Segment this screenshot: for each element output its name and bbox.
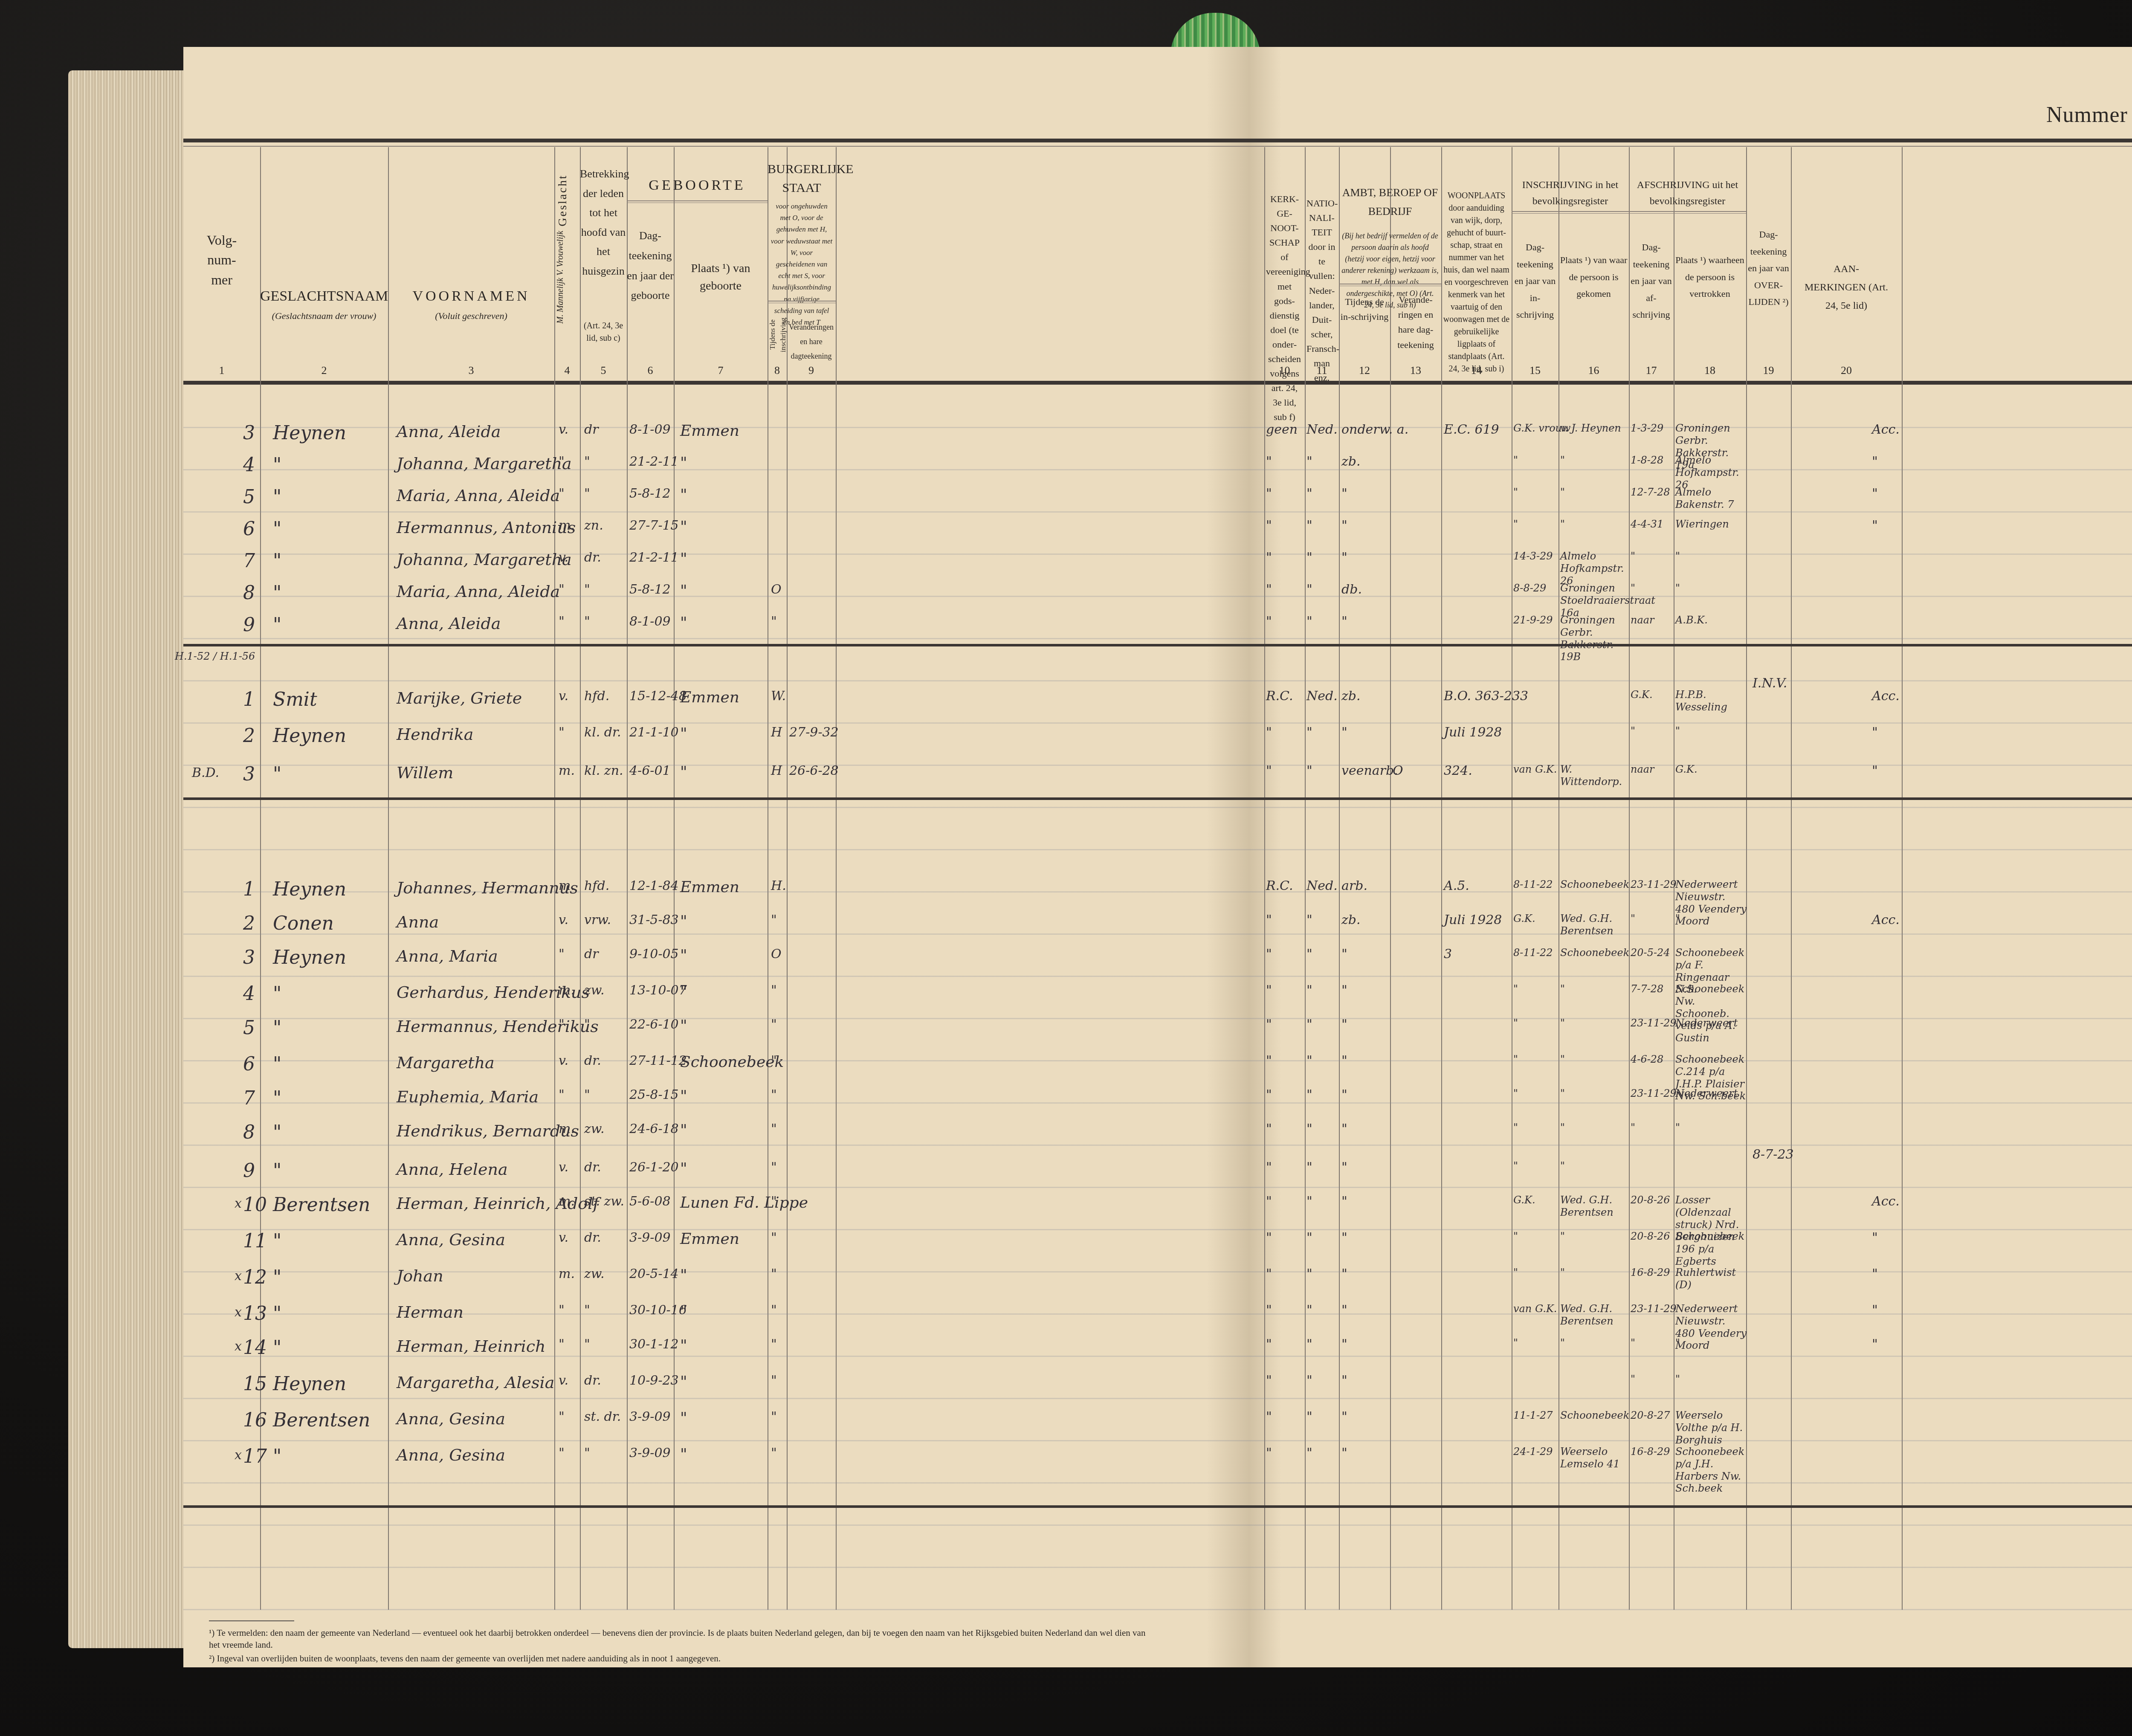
religion: " bbox=[1266, 1446, 1272, 1461]
header-bottom-rule bbox=[1249, 381, 2132, 385]
civil-status: " bbox=[771, 1053, 777, 1068]
column-number: 18 bbox=[1674, 362, 1746, 379]
religion: " bbox=[1266, 1160, 1272, 1175]
given-names: Anna, Maria bbox=[397, 947, 498, 965]
birth-date: 21-1-10 bbox=[629, 725, 679, 740]
surname: " bbox=[273, 550, 281, 572]
column-number: 3 bbox=[388, 362, 554, 379]
given-names: Anna, Gesina bbox=[397, 1409, 505, 1428]
religion: " bbox=[1266, 1303, 1272, 1318]
nationality: " bbox=[1306, 1230, 1312, 1245]
column-number: 15 bbox=[1512, 362, 1558, 379]
surname: " bbox=[273, 486, 281, 508]
header-burgerlijke-staat-group: BURGERLIJKE STAAT bbox=[768, 160, 836, 197]
sex: " bbox=[559, 582, 565, 597]
deregistration-destination: Nederweert bbox=[1675, 1087, 1748, 1100]
birth-place: " bbox=[680, 1373, 687, 1391]
religion: " bbox=[1266, 1373, 1272, 1388]
deregistration-destination: Almelo Bakenstr. 7 bbox=[1675, 486, 1748, 511]
given-names: Johanna, Margaretha bbox=[397, 454, 572, 473]
nationality: " bbox=[1306, 947, 1312, 962]
deregistration-date: " bbox=[1631, 913, 1635, 925]
household-margin-note: H.1-52 / H.1-56 bbox=[175, 650, 255, 662]
deregistration-date: 1-8-28 bbox=[1631, 454, 1663, 466]
deregistration-date: naar bbox=[1631, 763, 1654, 775]
deregistration-date: 7-7-28 bbox=[1631, 983, 1663, 995]
header-staat-tijdens: Tijdens de inschrijving bbox=[768, 309, 787, 360]
birth-date: 8-1-09 bbox=[629, 614, 671, 629]
header-afschrijving-group: AFSCHRIJVING uit het bevolkingsregister bbox=[1629, 177, 1746, 210]
column-number: 4 bbox=[554, 362, 580, 379]
nationality: " bbox=[1306, 582, 1312, 597]
row-number: 7 bbox=[243, 1087, 255, 1109]
group-rule bbox=[1629, 211, 1746, 214]
sex: v. bbox=[559, 1053, 568, 1068]
deregistration-destination: Schoonebeek Nw. Schooneb. velds p/a A. G… bbox=[1675, 983, 1748, 1044]
occupation: db. bbox=[1341, 582, 1362, 597]
occupation: veenarb. bbox=[1341, 763, 1398, 778]
sex: " bbox=[559, 1087, 565, 1102]
registration-date: " bbox=[1513, 1053, 1518, 1065]
registration-date: 11-1-27 bbox=[1513, 1409, 1553, 1421]
occupation: " bbox=[1341, 550, 1347, 565]
relation-to-head: zw. bbox=[584, 1122, 604, 1136]
row-number: 9 bbox=[243, 1160, 255, 1182]
deregistration-destination: " bbox=[1675, 725, 1748, 737]
sex: v. bbox=[559, 550, 568, 565]
remarks: " bbox=[1872, 763, 1878, 778]
registration-origin: Groningen Gerbr. Bakkerstr. 19B bbox=[1560, 614, 1628, 663]
row-margin-note: x bbox=[235, 1305, 242, 1320]
nationality: " bbox=[1306, 1303, 1312, 1318]
given-names: Anna, Helena bbox=[397, 1160, 508, 1179]
surname: " bbox=[273, 1017, 281, 1039]
left-page: Volg- num- merGESLACHTSNAAM(Geslachtsnaa… bbox=[183, 47, 1249, 1667]
relation-to-head: dr bbox=[584, 422, 599, 437]
civil-status: O bbox=[771, 947, 782, 962]
remarks: " bbox=[1872, 725, 1878, 740]
remarks: " bbox=[1872, 486, 1878, 501]
deregistration-destination: " bbox=[1675, 913, 1748, 925]
religion: " bbox=[1266, 1409, 1272, 1424]
sex: v. bbox=[559, 1160, 568, 1175]
surname: Smit bbox=[273, 689, 317, 710]
header-geslachtsnaam-note: (Geslachtsnaam der vrouw) bbox=[260, 309, 388, 323]
column-number: 20 bbox=[1791, 362, 1902, 379]
surname: " bbox=[273, 983, 281, 1005]
occupation: " bbox=[1341, 1303, 1347, 1318]
birth-place: " bbox=[680, 1409, 687, 1427]
occupation: " bbox=[1341, 1337, 1347, 1352]
header-voornamen: VOORNAMEN bbox=[388, 286, 554, 307]
relation-to-head: " bbox=[584, 454, 590, 469]
civil-status: " bbox=[771, 913, 777, 927]
registration-date: " bbox=[1513, 1230, 1518, 1242]
footnote-1: ¹) Te vermelden: den naam der gemeente v… bbox=[209, 1627, 1147, 1651]
footnote-rule bbox=[209, 1620, 294, 1621]
surname: " bbox=[273, 1053, 281, 1075]
given-names: Hermannus, Antonius bbox=[397, 518, 576, 537]
nationality: " bbox=[1306, 983, 1312, 998]
birth-place: " bbox=[680, 582, 687, 600]
header-bottom-rule bbox=[183, 381, 1249, 385]
given-names: Hermannus, Henderikus bbox=[397, 1017, 599, 1036]
registration-origin: v. J. Heynen bbox=[1560, 422, 1628, 435]
religion: " bbox=[1266, 1053, 1272, 1068]
registration-origin: Schoonebeek bbox=[1560, 947, 1628, 959]
row-number: 17 bbox=[243, 1446, 267, 1467]
deregistration-destination: Nederweert bbox=[1675, 1017, 1748, 1029]
given-names: Anna, Aleida bbox=[397, 422, 501, 441]
deregistration-destination: A.B.K. bbox=[1675, 614, 1748, 626]
civil-status: " bbox=[771, 1230, 777, 1245]
row-number: 1 bbox=[243, 689, 255, 710]
nationality: " bbox=[1306, 1446, 1312, 1461]
sex: " bbox=[559, 454, 565, 469]
remarks: Acc. bbox=[1872, 913, 1900, 927]
deregistration-date: " bbox=[1631, 725, 1635, 737]
surname: " bbox=[273, 614, 281, 636]
given-names: Johan bbox=[397, 1266, 443, 1285]
surname: " bbox=[273, 1303, 281, 1324]
civil-status: H bbox=[771, 763, 782, 778]
deregistration-date: 20-8-26 bbox=[1631, 1230, 1670, 1242]
civil-status: " bbox=[771, 1266, 777, 1281]
group-rule bbox=[1339, 284, 1441, 286]
residence: 3 bbox=[1444, 947, 1452, 962]
header-afschrijving-plaats: Plaats ¹) waarheen de persoon is vertrok… bbox=[1674, 252, 1746, 302]
residence: E.C. 619 bbox=[1444, 422, 1499, 437]
given-names: Euphemia, Maria bbox=[397, 1087, 539, 1106]
sex: m. bbox=[559, 983, 575, 998]
registration-date: " bbox=[1513, 983, 1518, 995]
relation-to-head: " bbox=[584, 1017, 590, 1032]
birth-place: " bbox=[680, 486, 687, 504]
column-number: 14 bbox=[1441, 362, 1512, 379]
registration-origin: Almelo Hofkampstr. 26 bbox=[1560, 550, 1628, 587]
column-number: 17 bbox=[1629, 362, 1674, 379]
surname: " bbox=[273, 763, 281, 785]
relation-to-head: " bbox=[584, 1446, 590, 1461]
birth-place: " bbox=[680, 1303, 687, 1320]
occupation: " bbox=[1341, 1160, 1347, 1175]
nationality: " bbox=[1306, 1337, 1312, 1352]
birth-date: 13-10-07 bbox=[629, 983, 687, 998]
religion: " bbox=[1266, 1017, 1272, 1032]
surname: Heynen bbox=[273, 1373, 346, 1395]
birth-date: 5-8-12 bbox=[629, 486, 671, 501]
row-number: 13 bbox=[243, 1303, 267, 1324]
birth-place: " bbox=[680, 614, 687, 632]
group-rule bbox=[768, 301, 836, 303]
deregistration-date: naar bbox=[1631, 614, 1654, 626]
registration-date: 24-1-29 bbox=[1513, 1446, 1553, 1458]
birth-date: 4-6-01 bbox=[629, 763, 671, 778]
given-names: Maria, Anna, Aleida bbox=[397, 486, 560, 505]
given-names: Margaretha bbox=[397, 1053, 495, 1072]
birth-date: 26-1-20 bbox=[629, 1160, 679, 1175]
birth-place: Emmen bbox=[680, 878, 739, 896]
religion: " bbox=[1266, 913, 1272, 927]
header-nationaliteit: NATIO-NALI-TEIT door in te vullen: Neder… bbox=[1305, 196, 1339, 385]
religion: " bbox=[1266, 763, 1272, 778]
row-number: 8 bbox=[243, 1122, 255, 1143]
birth-date: 10-9-23 bbox=[629, 1373, 679, 1388]
deregistration-destination: " bbox=[1675, 1122, 1748, 1134]
registration-date: " bbox=[1513, 1266, 1518, 1278]
deregistration-date: G.K. bbox=[1631, 689, 1653, 701]
sex: " bbox=[559, 1409, 565, 1424]
remarks: Acc. bbox=[1872, 422, 1900, 437]
occupation: " bbox=[1341, 1053, 1347, 1068]
row-number: 10 bbox=[243, 1194, 267, 1216]
surname: " bbox=[273, 1337, 281, 1359]
group-rule bbox=[1512, 211, 1629, 214]
birth-place: " bbox=[680, 1160, 687, 1177]
civil-status-change: 27-9-32 bbox=[789, 725, 839, 740]
deregistration-date: " bbox=[1631, 1373, 1635, 1385]
given-names: Hendrikus, Bernardus bbox=[397, 1122, 579, 1140]
religion: " bbox=[1266, 518, 1272, 533]
religion: " bbox=[1266, 486, 1272, 501]
sex: " bbox=[559, 614, 565, 629]
surname: Heynen bbox=[273, 878, 346, 900]
surname: " bbox=[273, 518, 281, 540]
given-names: Herman, Heinrich bbox=[397, 1337, 545, 1356]
religion: " bbox=[1266, 1087, 1272, 1102]
registration-origin: " bbox=[1560, 1017, 1628, 1029]
relation-to-head: dr. bbox=[584, 1373, 601, 1388]
occupation: " bbox=[1341, 1017, 1347, 1032]
nationality: " bbox=[1306, 725, 1312, 740]
religion: " bbox=[1266, 1122, 1272, 1136]
deregistration-date: 16-8-29 bbox=[1631, 1266, 1670, 1278]
registration-date: 8-11-22 bbox=[1513, 878, 1553, 890]
given-names: Anna, Aleida bbox=[397, 614, 501, 633]
row-number: 3 bbox=[243, 947, 255, 968]
registration-origin: Schoonebeek bbox=[1560, 1409, 1628, 1422]
given-names: Marijke, Griete bbox=[397, 689, 522, 707]
birth-place: " bbox=[680, 550, 687, 568]
row-number: 16 bbox=[243, 1409, 267, 1431]
birth-date: 24-6-18 bbox=[629, 1122, 679, 1136]
deregistration-date: 20-8-27 bbox=[1631, 1409, 1670, 1421]
registration-date: " bbox=[1513, 518, 1518, 530]
header-inschrijving-group: INSCHRIJVING in het bevolkingsregister bbox=[1512, 177, 1629, 210]
residence: Juli 1928 bbox=[1444, 913, 1502, 927]
deregistration-date: 23-11-29 bbox=[1631, 1087, 1677, 1099]
deregistration-destination: Weerselo Volthe p/a H. Borghuis bbox=[1675, 1409, 1748, 1446]
birth-date: 20-5-14 bbox=[629, 1266, 679, 1281]
surname: Heynen bbox=[273, 947, 346, 968]
sex: " bbox=[559, 1337, 565, 1352]
nationality: Ned. bbox=[1306, 878, 1338, 893]
religion: " bbox=[1266, 947, 1272, 962]
relation-to-head: dr. bbox=[584, 1160, 601, 1175]
registration-origin: Wed. G.H. Berentsen bbox=[1560, 913, 1628, 937]
religion: " bbox=[1266, 1194, 1272, 1209]
surname: " bbox=[273, 1122, 281, 1143]
relation-to-head: " bbox=[584, 1303, 590, 1318]
registration-date: 8-8-29 bbox=[1513, 582, 1546, 594]
relation-to-head: hfd. bbox=[584, 878, 609, 893]
household-separator bbox=[1249, 644, 2132, 646]
relation-to-head: " bbox=[584, 1087, 590, 1102]
occupation: " bbox=[1341, 1266, 1347, 1281]
deregistration-date: 1-3-29 bbox=[1631, 422, 1663, 434]
religion: R.C. bbox=[1266, 689, 1293, 704]
registration-date: G.K. bbox=[1513, 1194, 1535, 1206]
registration-origin: Groningen Stoeldraaierstraat 16a bbox=[1560, 582, 1628, 619]
registration-date: 8-11-22 bbox=[1513, 947, 1553, 959]
birth-place: " bbox=[680, 913, 687, 930]
sex: " bbox=[559, 486, 565, 501]
death-date: 8-7-23 bbox=[1753, 1147, 1794, 1162]
occupation: " bbox=[1341, 1087, 1347, 1102]
relation-to-head: zw. bbox=[584, 1266, 604, 1281]
registration-date: 14-3-29 bbox=[1513, 550, 1553, 562]
deregistration-date: 23-11-29 bbox=[1631, 1303, 1677, 1315]
surname: Conen bbox=[273, 913, 334, 934]
nationality: " bbox=[1306, 486, 1312, 501]
deregistration-destination: Almelo Hofkampstr. 26 bbox=[1675, 454, 1748, 491]
row-number: 3 bbox=[243, 763, 255, 785]
civil-status: " bbox=[771, 1160, 777, 1175]
relation-to-head: " bbox=[584, 614, 590, 629]
religion: " bbox=[1266, 550, 1272, 565]
religion: " bbox=[1266, 983, 1272, 998]
birth-date: 15-12-48 bbox=[629, 689, 687, 704]
header-inschrijving-datum: Dag-teekening en jaar van in-schrijving bbox=[1512, 239, 1558, 323]
civil-status: " bbox=[771, 1409, 777, 1424]
birth-place: " bbox=[680, 983, 687, 1000]
deregistration-destination: Schoonebeek bbox=[1675, 1230, 1748, 1243]
given-names: Maria, Anna, Aleida bbox=[397, 582, 560, 601]
birth-date: 27-7-15 bbox=[629, 518, 679, 533]
registration-origin: Schoonebeek bbox=[1560, 878, 1628, 891]
birth-place: " bbox=[680, 1266, 687, 1284]
birth-date: 3-9-09 bbox=[629, 1230, 671, 1245]
civil-status: O bbox=[771, 582, 782, 597]
household-separator bbox=[1249, 797, 2132, 800]
surname: " bbox=[273, 1087, 281, 1109]
occupation: " bbox=[1341, 947, 1347, 962]
deregistration-date: 16-8-29 bbox=[1631, 1446, 1670, 1458]
row-number: 1 bbox=[243, 878, 255, 900]
registration-origin: Weerselo Lemselo 41 bbox=[1560, 1446, 1628, 1470]
birth-date: 5-8-12 bbox=[629, 582, 671, 597]
birth-date: 27-11-12 bbox=[629, 1053, 687, 1068]
birth-date: 3-9-09 bbox=[629, 1446, 671, 1461]
header-geboorte-plaats: Plaats ¹) van geboorte bbox=[674, 260, 768, 295]
birth-date: 22-6-10 bbox=[629, 1017, 679, 1032]
nationality: " bbox=[1306, 1194, 1312, 1209]
sex: v. bbox=[559, 913, 568, 927]
religion: " bbox=[1266, 1230, 1272, 1245]
given-names: Willem bbox=[397, 763, 453, 782]
header-afschrijving-datum: Dag-teekening en jaar van af-schrijving bbox=[1629, 239, 1674, 323]
birth-date: 8-1-09 bbox=[629, 422, 671, 437]
given-names: Margaretha, Alesia bbox=[397, 1373, 554, 1392]
registration-date: " bbox=[1513, 454, 1518, 466]
registration-date: " bbox=[1513, 1122, 1518, 1133]
sex: " bbox=[559, 1446, 565, 1461]
row-margin-note: x bbox=[235, 1339, 242, 1354]
given-names: Anna, Gesina bbox=[397, 1446, 505, 1464]
occupation-change: O bbox=[1393, 763, 1403, 778]
birth-place: Emmen bbox=[680, 422, 739, 440]
deregistration-destination: H.P.B. Wesseling bbox=[1675, 689, 1748, 713]
civil-status: W. bbox=[771, 689, 786, 704]
nationality: " bbox=[1306, 550, 1312, 565]
header-geslachtsnaam: GESLACHTSNAAM bbox=[260, 286, 388, 307]
deregistration-date: " bbox=[1631, 582, 1635, 594]
sex: " bbox=[559, 947, 565, 962]
group-rule bbox=[627, 200, 768, 203]
surname: Berentsen bbox=[273, 1409, 370, 1431]
deregistration-destination: Schoonebeek p/a J.H. Harbers Nw. Sch.bee… bbox=[1675, 1446, 1748, 1495]
birth-place: " bbox=[680, 1017, 687, 1035]
given-names: Johannes, Hermannus bbox=[397, 878, 578, 897]
deregistration-date: " bbox=[1631, 1337, 1635, 1349]
occupation: " bbox=[1341, 1409, 1347, 1424]
right-page: Nummer van het blad KERK-GE-NOOT-SCHAP o… bbox=[1249, 47, 2132, 1667]
occupation: " bbox=[1341, 1194, 1347, 1209]
birth-date: 25-8-15 bbox=[629, 1087, 679, 1102]
column-number: 10 bbox=[1264, 362, 1305, 379]
registration-origin: " bbox=[1560, 486, 1628, 498]
row-number: 2 bbox=[243, 725, 255, 747]
registration-origin: " bbox=[1560, 983, 1628, 995]
civil-status: " bbox=[771, 983, 777, 998]
footnote-2: ²) Ingeval van overlijden buiten de woon… bbox=[209, 1652, 1147, 1664]
deregistration-date: 20-5-24 bbox=[1631, 947, 1670, 959]
relation-to-head: dr. bbox=[584, 1230, 601, 1245]
civil-status: " bbox=[771, 1446, 777, 1461]
surname: Berentsen bbox=[273, 1194, 370, 1216]
header-geslacht-note: M. Mannelijk V. Vrouwelijk bbox=[554, 226, 580, 328]
registration-origin: Wed. G.H. Berentsen bbox=[1560, 1303, 1628, 1327]
occupation: arb. bbox=[1341, 878, 1367, 893]
header-aanmerkingen: AAN-MERKINGEN (Art. 24, 5e lid) bbox=[1791, 260, 1902, 316]
relation-to-head: dr. bbox=[584, 1053, 601, 1068]
registration-date: 21-9-29 bbox=[1513, 614, 1553, 626]
header-geboorte-group: GEBOORTE bbox=[627, 175, 768, 196]
birth-date: 31-5-83 bbox=[629, 913, 679, 927]
deregistration-date: 4-4-31 bbox=[1631, 518, 1663, 530]
row-margin-note: B.D. bbox=[192, 765, 219, 780]
row-number: 7 bbox=[243, 550, 255, 572]
deregistration-date: 20-8-26 bbox=[1631, 1194, 1670, 1206]
registration-origin: " bbox=[1560, 1337, 1628, 1349]
registration-origin: " bbox=[1560, 1266, 1628, 1279]
row-number: 15 bbox=[243, 1373, 267, 1395]
sex: v. bbox=[559, 422, 568, 437]
civil-status: " bbox=[771, 1303, 777, 1318]
registration-origin: " bbox=[1560, 1053, 1628, 1066]
header-woonplaats: WOONPLAATS door aanduiding van wijk, dor… bbox=[1441, 190, 1512, 375]
header-betrekking: Betrekking der leden tot het hoofd van h… bbox=[580, 164, 627, 281]
given-names: Johanna, Margaretha bbox=[397, 550, 572, 569]
deregistration-date: " bbox=[1631, 1122, 1635, 1133]
registration-date: G.K. bbox=[1513, 913, 1535, 925]
column-number: 8 bbox=[768, 362, 787, 379]
row-number: 6 bbox=[243, 1053, 255, 1075]
sheet-number-label: Nummer van het blad bbox=[2046, 102, 2132, 128]
civil-status: H. bbox=[771, 878, 786, 893]
nationality: " bbox=[1306, 1266, 1312, 1281]
nationality: " bbox=[1306, 1122, 1312, 1136]
